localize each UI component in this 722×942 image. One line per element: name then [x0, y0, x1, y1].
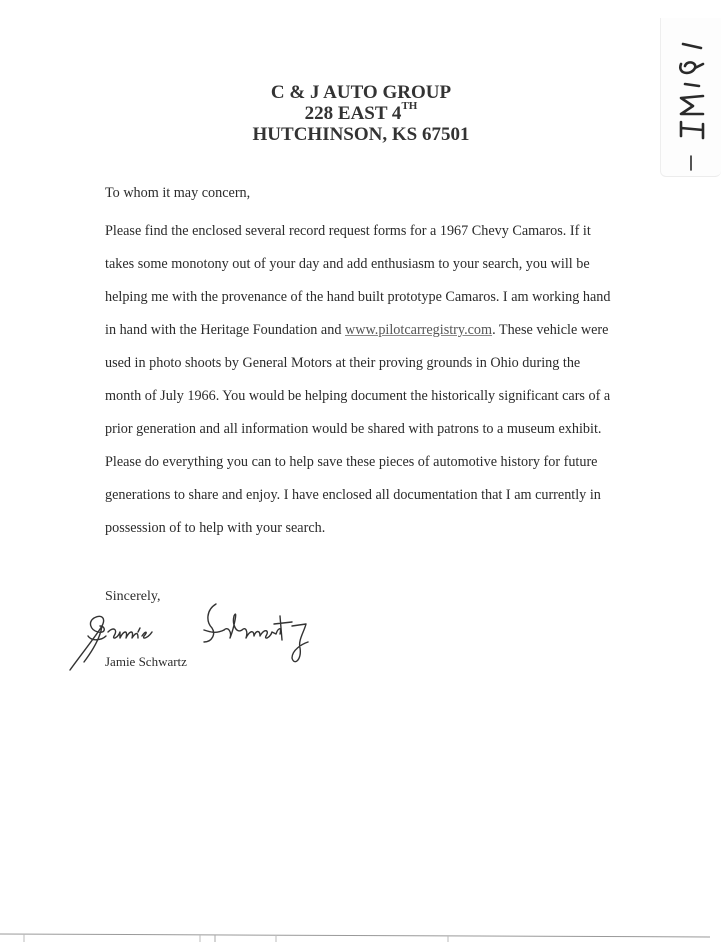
street-address: 228 EAST 4TH [0, 103, 722, 124]
signer-name: Jamie Schwartz [105, 654, 187, 670]
body-line: in hand with the Heritage Foundation and… [105, 322, 608, 339]
scanned-letter-page: 19-MI- C & J AUTO GROUP 228 EAST 4TH HUT… [0, 0, 722, 942]
body-line: helping me with the provenance of the ha… [105, 289, 611, 306]
body-line: Please find the enclosed several record … [105, 223, 591, 240]
body-line: Please do everything you can to help sav… [105, 454, 597, 471]
salutation: To whom it may concern, [105, 185, 250, 202]
scan-bottom-edge [0, 932, 722, 942]
body-line: used in photo shoots by General Motors a… [105, 355, 580, 372]
company-name: C & J AUTO GROUP [0, 82, 722, 103]
body-line: month of July 1966. You would be helping… [105, 388, 610, 405]
body-line: possession of to help with your search. [105, 520, 325, 537]
body-line: takes some monotony out of your day and … [105, 256, 590, 273]
body-line: generations to share and enjoy. I have e… [105, 487, 601, 504]
registry-link[interactable]: www.pilotcarregistry.com [345, 322, 492, 338]
body-line: prior generation and all information wou… [105, 421, 601, 438]
city-state-zip: HUTCHINSON, KS 67501 [0, 124, 722, 145]
letterhead: C & J AUTO GROUP 228 EAST 4TH HUTCHINSON… [0, 82, 722, 145]
